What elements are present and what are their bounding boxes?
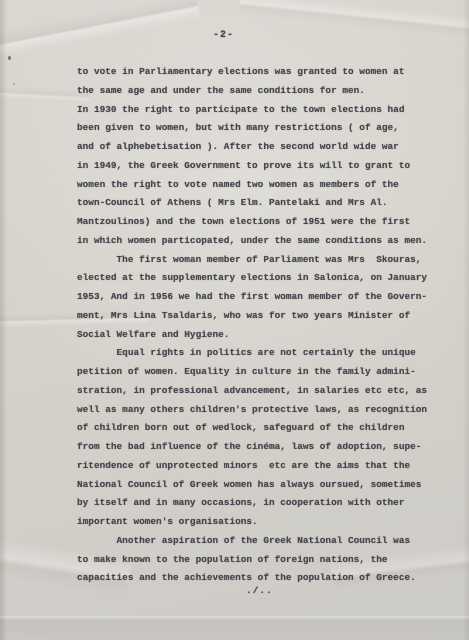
text-line: of children born out of wedlock, safegua…	[77, 419, 437, 438]
page-number: -2-	[213, 30, 234, 41]
text-line: National Council of Greek women has alwa…	[77, 476, 437, 495]
paper-speck	[13, 83, 15, 85]
text-line: to make known to the population of forei…	[77, 551, 437, 570]
text-line: to vote in Parliamentary elections was g…	[77, 63, 437, 82]
text-line: in 1949, the Greek Government to prove i…	[77, 157, 437, 176]
text-line: Equal rights in politics are not certain…	[77, 344, 437, 363]
paper-edge-left	[0, 0, 7, 640]
text-line: in which women particopated, under the s…	[77, 232, 437, 251]
text-line: by itself and in many occasions, in coop…	[77, 494, 437, 513]
document-text: to vote in Parliamentary elections was g…	[77, 63, 437, 588]
text-line: elected at the supplementary elections i…	[77, 269, 437, 288]
text-line: well as many others children's protectiv…	[77, 401, 437, 420]
text-line: 1953, And in 1956 we had the first woman…	[77, 288, 437, 307]
paper-edge-right	[463, 0, 469, 640]
text-line: Mantzoulinos) and the town elections of …	[77, 213, 437, 232]
text-line: petition of women. Equality in culture i…	[77, 363, 437, 382]
text-line: The first woman member of Parliament was…	[77, 251, 437, 270]
continuation-mark: ./..	[246, 585, 273, 596]
text-line: been given to women, but with many restr…	[77, 119, 437, 138]
text-line: from the bad influence of the cinéma, la…	[77, 438, 437, 457]
text-line: ment, Mrs Lina Tsaldaris, who was for tw…	[77, 307, 437, 326]
text-line: and of alphebetisation ). After the seco…	[77, 138, 437, 157]
text-line: Another aspiration of the Greek National…	[77, 532, 437, 551]
text-line: ritendence of unprotected minors etc are…	[77, 457, 437, 476]
text-line: women the right to vote named two women …	[77, 176, 437, 195]
paper-fold-bottom	[0, 616, 469, 640]
document-page: -2- to vote in Parliamentary elections w…	[0, 0, 469, 640]
text-line: the same age and under the same conditio…	[77, 82, 437, 101]
paper-crease-top-left	[0, 0, 200, 61]
text-line: Social Welfare and Hygiene.	[77, 326, 437, 345]
text-line: important women's organisations.	[77, 513, 437, 532]
paper-crease-top-right	[239, 0, 469, 42]
text-line: In 1930 the right to participate to the …	[77, 101, 437, 120]
paper-speck	[8, 56, 11, 60]
text-line: town-Council of Athens ( Mrs Elm. Pantel…	[77, 194, 437, 213]
text-line: stration, in professional advancement, i…	[77, 382, 437, 401]
